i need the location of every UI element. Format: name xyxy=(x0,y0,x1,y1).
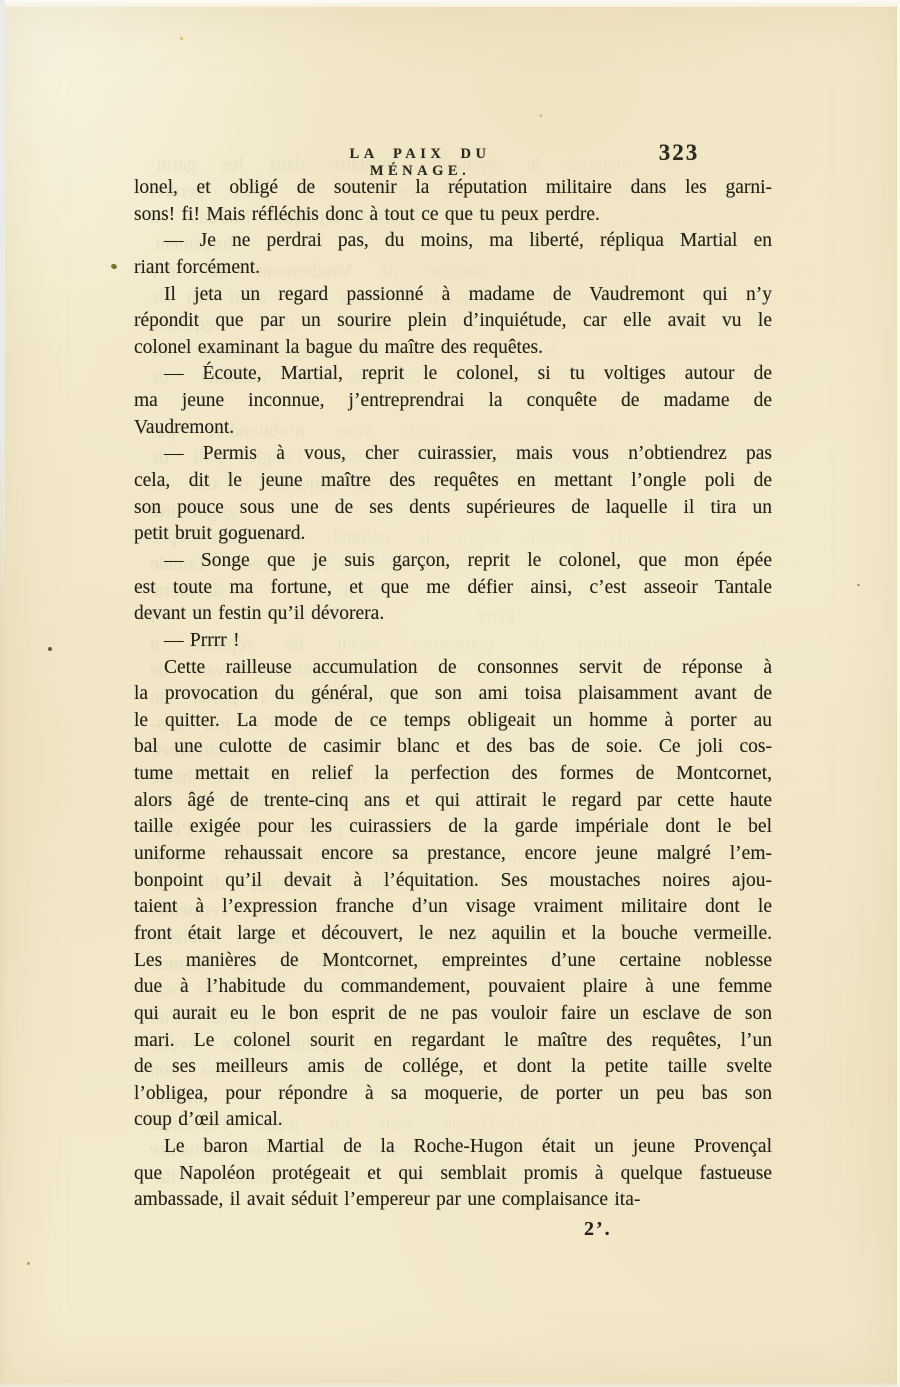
text-line: ma jeune inconnue, j’entreprendrai la co… xyxy=(134,388,772,415)
text-line: bonpoint qu’il devait à l’équitation. Se… xyxy=(134,868,772,895)
text-line: taille exigée pour les cuirassiers de la… xyxy=(134,814,772,841)
scanned-book-page: { "colors": { "paper": "#f4ebcd", "ink":… xyxy=(0,0,900,1387)
text-line: sons! fi! Mais réfléchis donc à tout ce … xyxy=(134,202,772,229)
text-line: Le baron Martial de la Roche-Hugon était… xyxy=(134,1134,772,1161)
text-line: uniforme rehaussait encore sa prestance,… xyxy=(134,841,772,868)
text-line: Vaudremont. xyxy=(134,415,772,442)
scan-edge-bottom xyxy=(0,1382,900,1387)
text-line: de ses meilleurs amis de collége, et don… xyxy=(134,1054,772,1081)
text-line: riant forcément. xyxy=(134,255,772,282)
text-line: l’obligea, pour répondre à sa moquerie, … xyxy=(134,1081,772,1108)
text-line: son pouce sous une de ses dents supérieu… xyxy=(134,495,772,522)
page-number: 323 xyxy=(648,140,710,166)
text-line: — Je ne perdrai pas, du moins, ma libert… xyxy=(134,228,772,255)
paper-speck xyxy=(48,647,52,651)
paper-speck xyxy=(540,114,542,117)
running-header: LA PAIX DU MÉNAGE. 323 xyxy=(134,146,772,170)
text-line: répondit que par un sourire plein d’inqu… xyxy=(134,308,772,335)
text-line: cela, dit le jeune maître des requêtes e… xyxy=(134,468,772,495)
text-line: front était large et découvert, le nez a… xyxy=(134,921,772,948)
text-line: coup d’œil amical. xyxy=(134,1107,772,1134)
text-line: bal une culotte de casimir blanc et des … xyxy=(134,734,772,761)
text-line: — Permis à vous, cher cuirassier, mais v… xyxy=(134,441,772,468)
text-line: devant un festin qu’il dévorera. xyxy=(134,601,772,628)
text-line: qui aurait eu le bon esprit de ne pas vo… xyxy=(134,1001,772,1028)
page-content: LA PAIX DU MÉNAGE. 323 lonel, et obligé … xyxy=(134,146,772,170)
text-body: lonel, et obligé de soutenir la réputati… xyxy=(134,175,772,1214)
text-line: — Prrrr ! xyxy=(134,628,772,655)
text-line: est toute ma fortune, et que me défier a… xyxy=(134,575,772,602)
text-line: la provocation du général, que son ami t… xyxy=(134,681,772,708)
paper-speck xyxy=(180,37,183,40)
paper-background: lonel, et obligé de soutenir la réputati… xyxy=(0,0,900,1387)
text-line: — Écoute, Martial, reprit le colonel, si… xyxy=(134,361,772,388)
text-line: — Songe que je suis garçon, reprit le co… xyxy=(134,548,772,575)
text-line: Cette railleuse accumulation de consonne… xyxy=(134,655,772,682)
text-line: mari. Le colonel sourit en regardant le … xyxy=(134,1028,772,1055)
signature-mark: 2’. xyxy=(584,1218,612,1241)
text-line: due à l’habitude du commandement, pouvai… xyxy=(134,974,772,1001)
paper-speck xyxy=(857,584,860,586)
text-line: Les manières de Montcornet, empreintes d… xyxy=(134,948,772,975)
text-line: Il jeta un regard passionné à madame de … xyxy=(134,282,772,309)
paper-speck xyxy=(27,1262,30,1265)
text-line: ambassade, il avait séduit l’empereur pa… xyxy=(134,1187,772,1214)
text-line: que Napoléon protégeait et qui semblait … xyxy=(134,1161,772,1188)
paper-speck xyxy=(110,263,118,270)
text-line: tume mettait en relief la perfection des… xyxy=(134,761,772,788)
text-line: le quitter. La mode de ce temps obligeai… xyxy=(134,708,772,735)
scan-edge-top xyxy=(0,0,900,7)
text-line: taient à l’expression franche d’un visag… xyxy=(134,894,772,921)
scan-edge-left xyxy=(0,0,5,640)
text-line: petit bruit goguenard. xyxy=(134,521,772,548)
text-line: lonel, et obligé de soutenir la réputati… xyxy=(134,175,772,202)
text-line: colonel examinant la bague du maître des… xyxy=(134,335,772,362)
text-line: alors âgé de trente-cinq ans et qui atti… xyxy=(134,788,772,815)
